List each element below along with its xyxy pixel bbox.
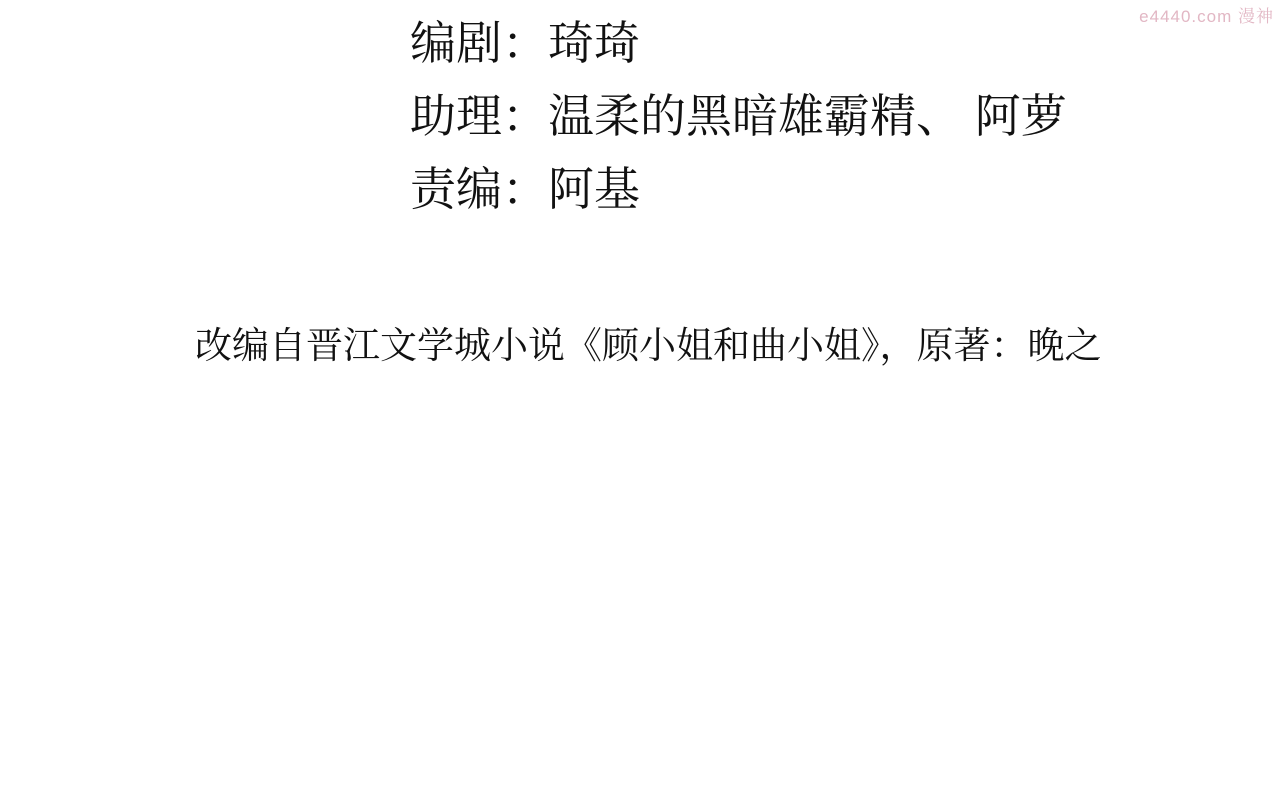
site-watermark: e4440.com 漫神	[1139, 2, 1274, 27]
credit-line-screenwriter: 编剧：琦琦	[410, 7, 1067, 80]
adaptation-note: 改编自晋江文学城小说《顾小姐和曲小姐》，原著：晚之	[195, 321, 1102, 371]
credits-block: 编剧：琦琦 助理：温柔的黑暗雄霸精、 阿萝 责编：阿基	[410, 7, 1067, 226]
credit-line-assistants: 助理：温柔的黑暗雄霸精、 阿萝	[410, 80, 1067, 153]
credit-line-editor: 责编：阿基	[410, 153, 1067, 226]
